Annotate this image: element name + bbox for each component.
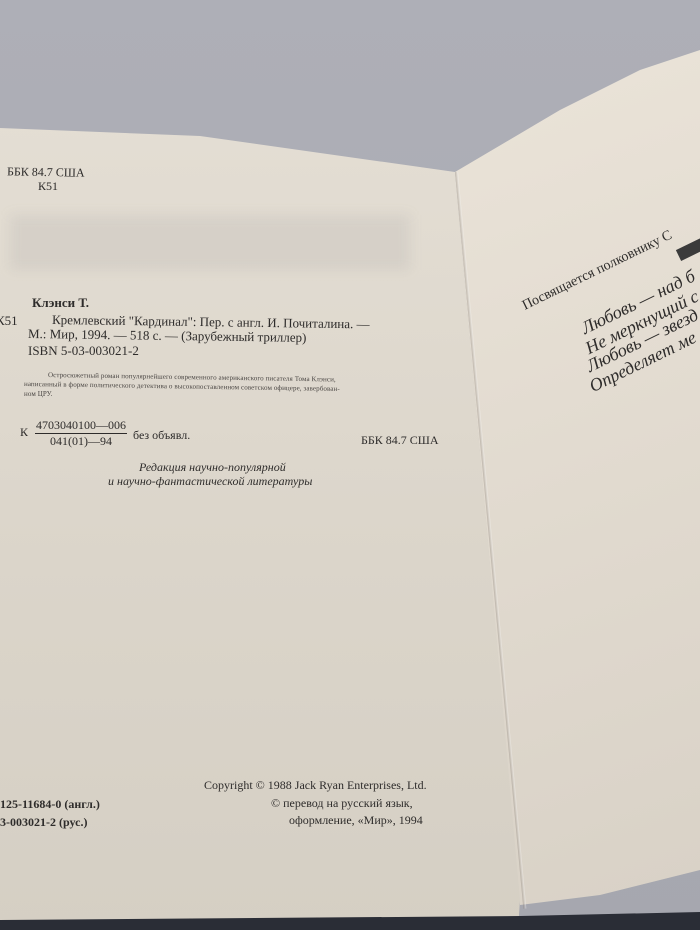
- index-note: без объявл.: [133, 428, 190, 443]
- copyright-line-2: © перевод на русский язык,: [271, 796, 413, 811]
- isbn-english: 125-11684-0 (англ.): [0, 797, 100, 812]
- isbn-russian: 3-003021-2 (рус.): [0, 815, 87, 830]
- bbk-bottom: ББК 84.7 США: [361, 433, 439, 448]
- annotation-line-3: ном ЦРУ.: [24, 390, 52, 398]
- code-top: К51: [38, 179, 58, 194]
- editorial-line-2: и научно-фантастической литературы: [108, 474, 312, 489]
- index-numerator: 4703040100—006: [35, 418, 127, 434]
- index-denominator: 041(01)—94: [50, 434, 112, 448]
- isbn: ISBN 5-03-003021-2: [28, 343, 139, 359]
- code-side: К51: [0, 313, 18, 329]
- index-prefix: К: [20, 425, 28, 440]
- author: Клэнси Т.: [32, 295, 89, 311]
- copyright-line-1: Copyright © 1988 Jack Ryan Enterprises, …: [204, 778, 427, 793]
- copyright-line-3: оформление, «Мир», 1994: [289, 813, 423, 828]
- bleed-through-shadow: [10, 215, 410, 270]
- editorial-line-1: Редакция научно-популярной: [139, 460, 286, 475]
- index-fraction: 4703040100—006 041(01)—94: [35, 418, 127, 449]
